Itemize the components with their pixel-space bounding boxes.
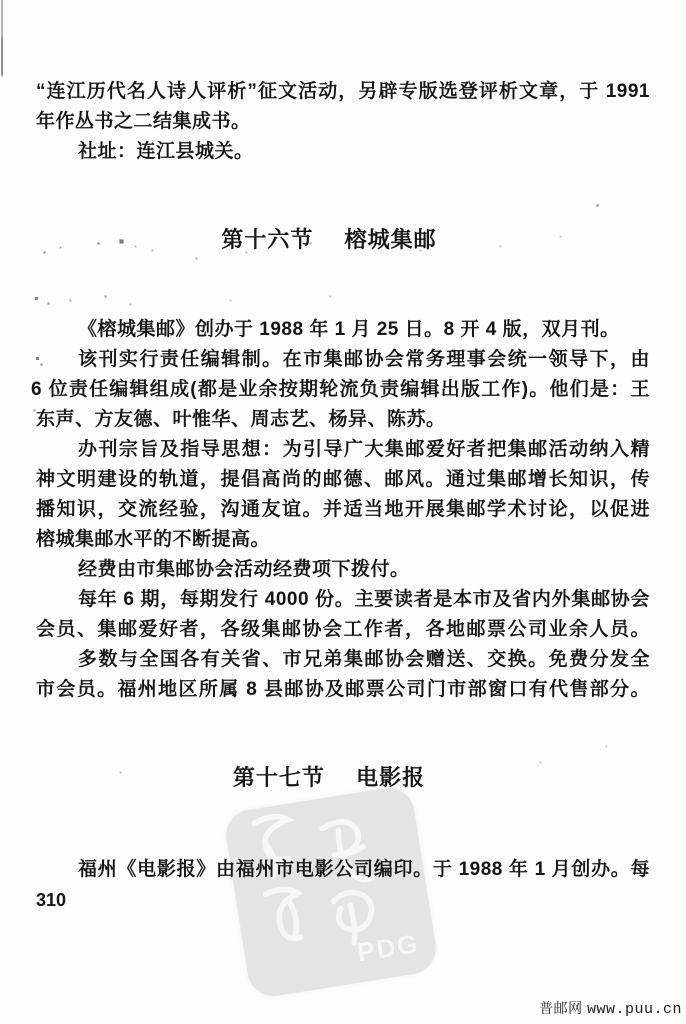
text-line: 多数与全国各有关省、市兄弟集邮协会赠送、交换。免费分发全 [36,645,650,675]
text-line: 播知识，交流经验，沟通友谊。并适当地开展集邮学术讨论，以促进 [36,495,650,525]
text-line: 会员、集邮爱好者，各级集邮协会工作者，各地邮票公司业余人员。 [36,615,650,645]
section-number: 第十七节 [233,765,325,790]
text-line: 年作丛书之二结集成书。 [36,107,650,137]
scan-edge-artifact [1,0,3,78]
site-url: www.puu.cn [587,1001,682,1018]
text-line: 东声、方友德、叶惟华、周志艺、杨异、陈苏。 [36,405,650,435]
section-16-heading: 第十六节 榕城集邮 [22,225,636,255]
text-line: 经费由市集邮协会活动经费项下拨付。 [36,555,650,585]
text-line: 办刊宗旨及指导思想：为引导广大集邮爱好者把集邮活动纳入精 [36,435,650,465]
text-line: 神文明建设的轨道，提倡高尚的邮德、邮风。通过集邮增长知识，传 [36,465,650,495]
section-title: 榕城集邮 [345,227,437,252]
site-name: 普邮网 [539,1000,583,1016]
text-line: “连江历代名人诗人评析”征文活动，另辟专版选登评析文章，于 1991 [36,77,650,107]
page-number: 310 [36,885,650,915]
site-watermark: 普邮网 www.puu.cn [539,998,682,1018]
scanned-page: PDG “连江历代名人诗人评析”征文活动，另辟专版选登评析文章，于 1991 年… [0,0,686,1024]
section-17-heading: 第十七节 电影报 [22,763,636,793]
text-line: 《榕城集邮》创办于 1988 年 1 月 25 日。8 开 4 版，双月刊。 [36,315,650,345]
text-line: 榕城集邮水平的不断提高。 [36,525,650,555]
section-number: 第十六节 [221,227,313,252]
text-line: 社址：连江县城关。 [36,137,650,167]
text-line: 市会员。福州地区所属 8 县邮协及邮票公司门市部窗口有代售部分。 [36,675,650,705]
text-line: 6 位责任编辑组成(都是业余按期轮流负责编辑出版工作)。他们是：王 [31,375,650,405]
scan-noise-speckles [0,0,1,1]
text-line: 每年 6 期，每期发行 4000 份。主要读者是本市及省内外集邮协会 [36,585,650,615]
text-line: 该刊实行责任编辑制。在市集邮协会常务理事会统一领导下，由 [36,345,650,375]
text-line: 福州《电影报》由福州市电影公司编印。于 1988 年 1 月创办。每 [36,855,650,885]
section-title: 电影报 [356,765,425,790]
page-content: “连江历代名人诗人评析”征文活动，另辟专版选登评析文章，于 1991 年作丛书之… [36,0,650,915]
